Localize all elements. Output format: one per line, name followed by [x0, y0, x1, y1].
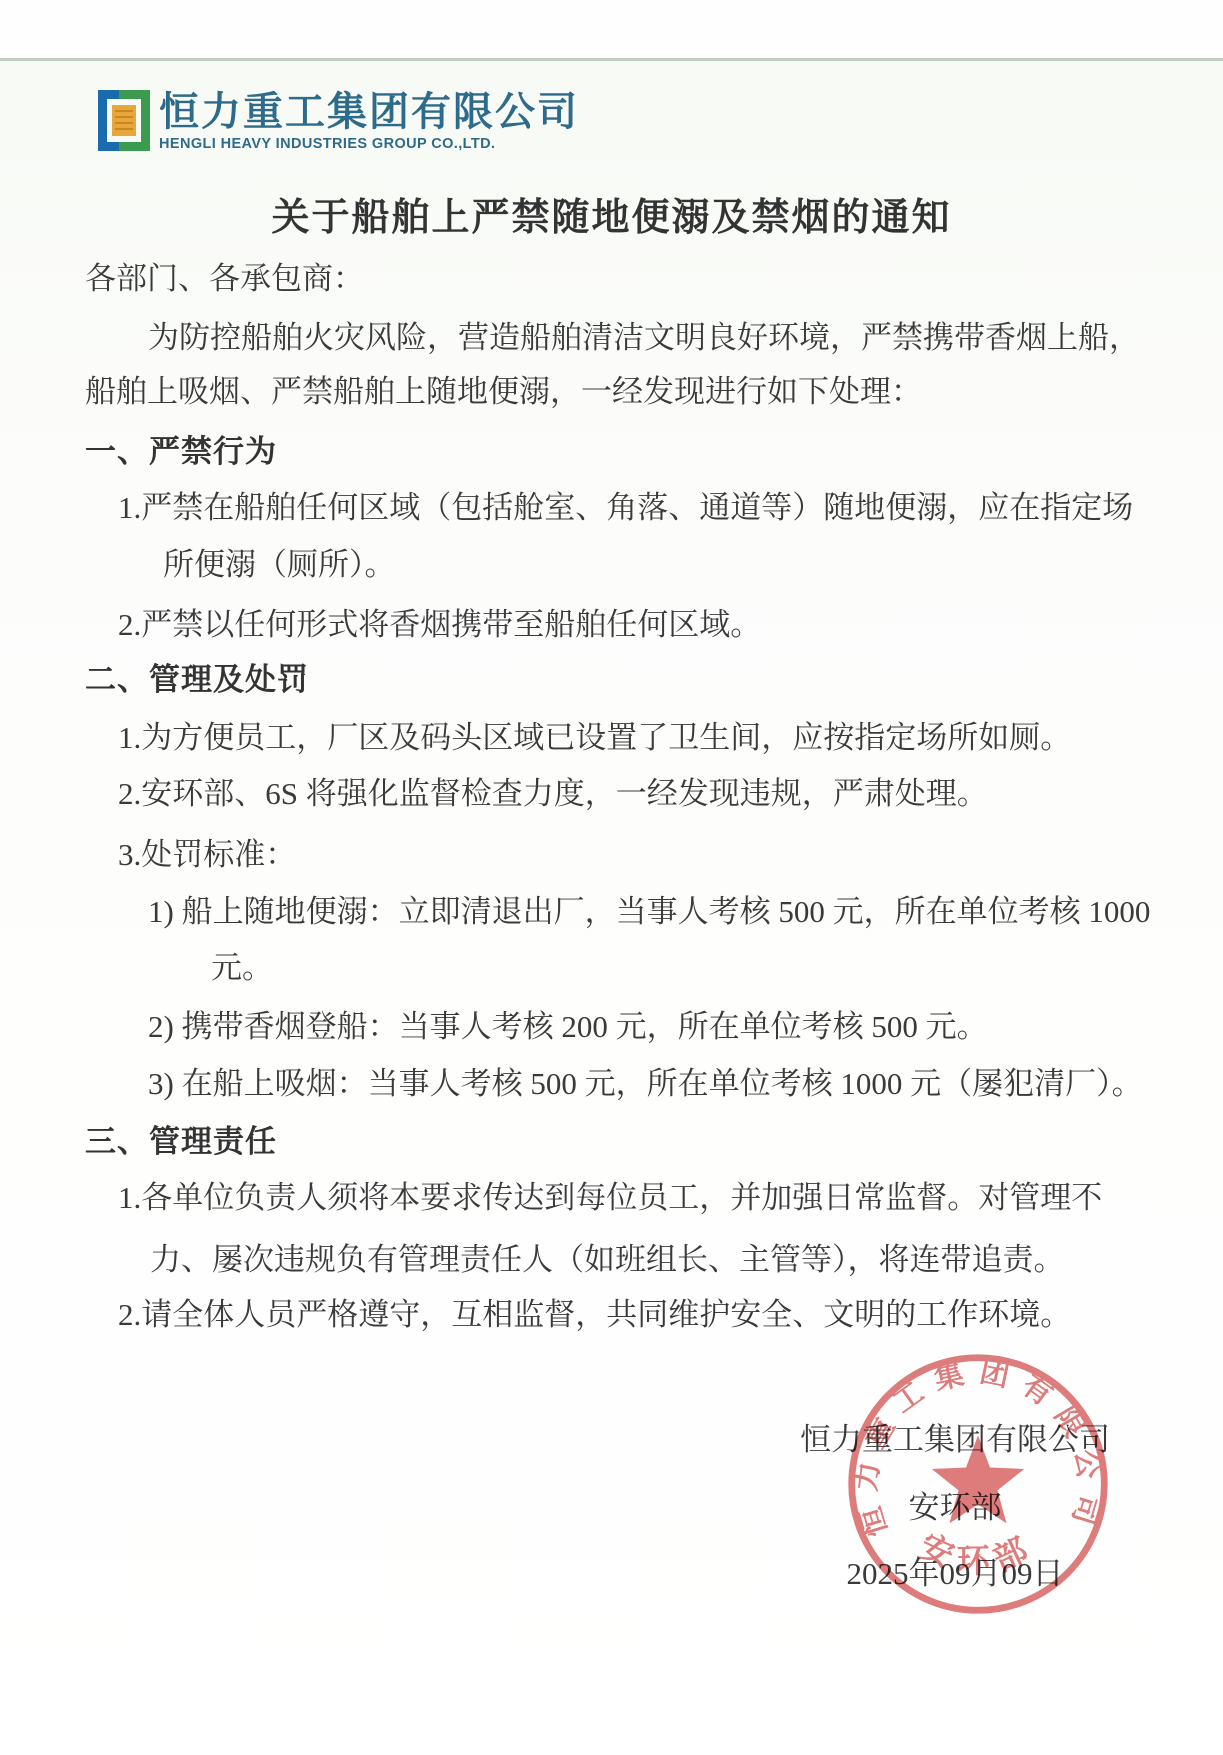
intro-line-2: 船舶上吸烟、严禁船舶上随地便溺，一经发现进行如下处理：: [85, 372, 922, 412]
penalty-item-2: 2) 携带香烟登船：当事人考核 200 元，所在单位考核 500 元。: [148, 1007, 988, 1047]
section-3-item-2: 2.请全体人员严格遵守，互相监督，共同维护安全、文明的工作环境。: [118, 1295, 1071, 1335]
section-2-item-1: 1.为方便员工，厂区及码头区域已设置了卫生间，应按指定场所如厕。: [118, 718, 1071, 758]
seal-star-icon: [932, 1435, 1024, 1523]
document-photo: { "header": { "logo_zh": "恒力重工集团有限公司", "…: [0, 0, 1223, 1755]
company-seal-stamp: 恒力重工集团有限公司 安环部: [842, 1348, 1114, 1620]
svg-text:安环部: 安环部: [914, 1527, 1042, 1579]
section-1-item-1b: 所便溺（厕所）。: [163, 545, 396, 585]
section-3-item-1a: 1.各单位负责人须将本要求传达到每位员工，并加强日常监督。对管理不: [118, 1178, 1102, 1218]
section-1-heading: 一、严禁行为: [85, 432, 277, 472]
greeting-line: 各部门、各承包商：: [85, 259, 364, 299]
seal-bottom-text: 安环部: [914, 1527, 1042, 1579]
section-3-heading: 三、管理责任: [85, 1122, 277, 1162]
section-2-item-3: 3.处罚标准：: [118, 835, 296, 875]
section-3-item-1b: 力、屡次违规负有管理责任人（如班组长、主管等），将连带追责。: [150, 1240, 1065, 1280]
penalty-item-1b: 元。: [211, 948, 273, 988]
section-2-heading: 二、管理及处罚: [85, 660, 309, 700]
section-1-item-2: 2.严禁以任何形式将香烟携带至船舶任何区域。: [118, 605, 761, 645]
top-white-band: [0, 0, 1223, 58]
notice-title: 关于船舶上严禁随地便溺及禁烟的通知: [0, 186, 1223, 241]
company-logo: 恒力重工集团有限公司 HENGLI HEAVY INDUSTRIES GROUP…: [98, 90, 579, 154]
logo-text: 恒力重工集团有限公司 HENGLI HEAVY INDUSTRIES GROUP…: [159, 90, 579, 154]
section-1-item-1a: 1.严禁在船舶任何区域（包括舱室、角落、通道等）随地便溺，应在指定场: [118, 488, 1133, 528]
intro-line-1: 为防控船舶火灾风险，营造船舶清洁文明良好环境，严禁携带香烟上船，: [148, 318, 1140, 358]
logo-company-name-en: HENGLI HEAVY INDUSTRIES GROUP CO.,LTD.: [159, 135, 579, 154]
section-2-item-2: 2.安环部、6S 将强化监督检查力度，一经发现违规，严肃处理。: [118, 774, 988, 814]
penalty-item-1a: 1) 船上随地便溺：立即清退出厂，当事人考核 500 元，所在单位考核 1000: [148, 892, 1150, 932]
logo-company-name-zh: 恒力重工集团有限公司: [159, 90, 579, 134]
penalty-item-3: 3) 在船上吸烟：当事人考核 500 元，所在单位考核 1000 元（屡犯清厂）…: [148, 1064, 1143, 1104]
logo-mark-icon: [98, 90, 150, 151]
